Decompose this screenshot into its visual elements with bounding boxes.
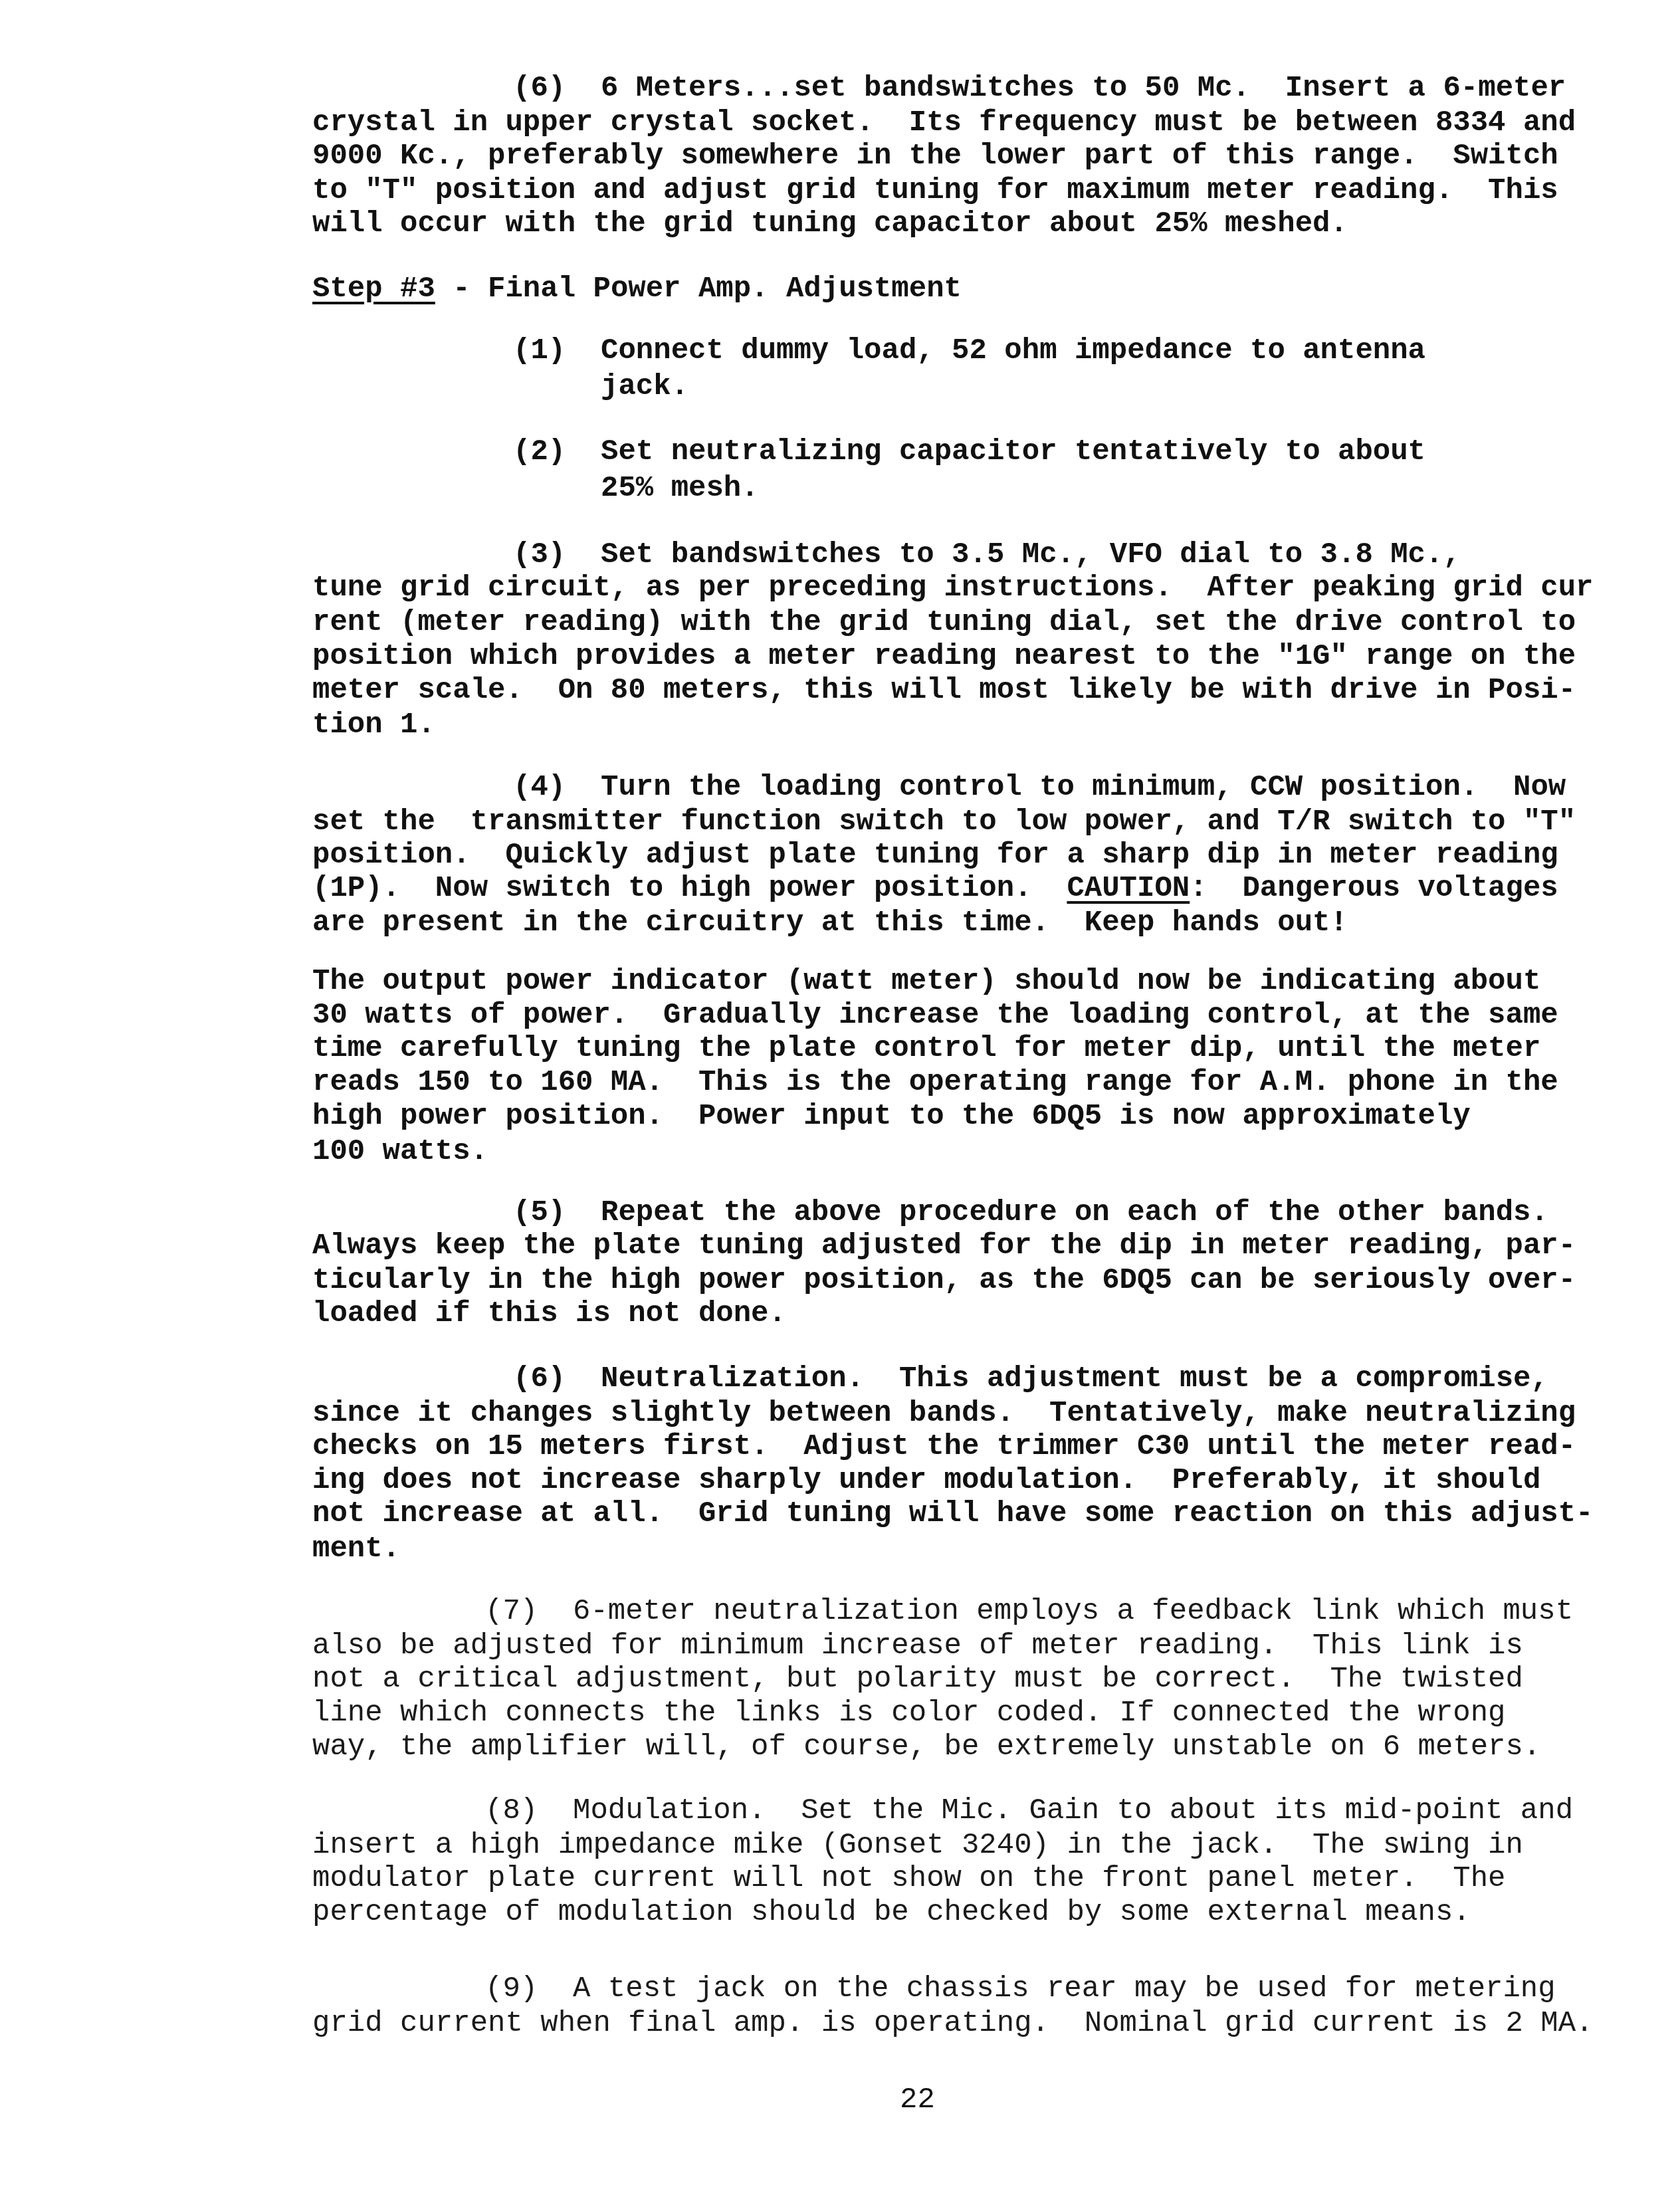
document-page: (6) 6 Meters...set bandswitches to 50 Mc… [0, 0, 1680, 2191]
text-line: The output power indicator (watt meter) … [312, 965, 1540, 998]
step-label: Step #3 [312, 272, 435, 306]
step-title: - Final Power Amp. Adjustment [435, 272, 962, 306]
text-line: (9) A test jack on the chassis rear may … [485, 1972, 1556, 2006]
text-line: high power position. Power input to the … [312, 1100, 1471, 1133]
text-line: (1P). Now switch to high power position.… [312, 872, 1558, 905]
text-line: tune grid circuit, as per preceding inst… [312, 572, 1594, 605]
text-segment: (1P). Now switch to high power position. [312, 872, 1067, 905]
text-line: jack. [513, 370, 688, 403]
text-line: ticularly in the high power position, as… [312, 1264, 1576, 1297]
text-line: loaded if this is not done. [312, 1297, 786, 1330]
text-line: way, the amplifier will, of course, be e… [312, 1730, 1540, 1764]
text-line: 100 watts. [312, 1135, 488, 1168]
text-line: ment. [312, 1532, 400, 1566]
text-line: not increase at all. Grid tuning will ha… [312, 1497, 1594, 1530]
text-line: ing does not increase sharply under modu… [312, 1464, 1540, 1497]
text-line: checks on 15 meters first. Adjust the tr… [312, 1430, 1576, 1463]
text-line: 9000 Kc., preferably somewhere in the lo… [312, 140, 1558, 173]
text-line: set the transmitter function switch to l… [312, 805, 1576, 839]
text-line: position. Quickly adjust plate tuning fo… [312, 839, 1558, 872]
text-segment: : Dangerous voltages [1190, 872, 1558, 905]
step-heading: Step #3 - Final Power Amp. Adjustment [312, 272, 962, 306]
text-line: (2) Set neutralizing capacitor tentative… [513, 435, 1425, 469]
text-line: (4) Turn the loading control to minimum,… [513, 771, 1566, 804]
text-line: line which connects the links is color c… [312, 1697, 1506, 1730]
caution-label: CAUTION [1067, 872, 1190, 905]
text-line: (8) Modulation. Set the Mic. Gain to abo… [485, 1794, 1573, 1827]
text-line: not a critical adjustment, but polarity … [312, 1663, 1523, 1696]
text-line: are present in the circuitry at this tim… [312, 906, 1348, 940]
text-line: (1) Connect dummy load, 52 ohm impedance… [513, 334, 1425, 367]
text-line: (3) Set bandswitches to 3.5 Mc., VFO dia… [513, 538, 1461, 572]
text-line: modulator plate current will not show on… [312, 1862, 1506, 1895]
text-line: 25% mesh. [513, 472, 759, 505]
text-line: reads 150 to 160 MA. This is the operati… [312, 1066, 1558, 1099]
text-line: meter scale. On 80 meters, this will mos… [312, 674, 1576, 707]
text-line: also be adjusted for minimum increase of… [312, 1629, 1523, 1663]
text-line: tion 1. [312, 708, 435, 742]
text-line: (6) Neutralization. This adjustment must… [513, 1362, 1548, 1396]
text-line: (6) 6 Meters...set bandswitches to 50 Mc… [513, 72, 1566, 105]
text-line: Always keep the plate tuning adjusted fo… [312, 1229, 1576, 1263]
text-line: grid current when final amp. is operatin… [312, 2007, 1594, 2040]
text-line: since it changes slightly between bands.… [312, 1397, 1576, 1430]
text-line: position which provides a meter reading … [312, 640, 1576, 673]
text-line: (5) Repeat the above procedure on each o… [513, 1196, 1548, 1229]
text-line: 30 watts of power. Gradually increase th… [312, 999, 1558, 1032]
text-line: time carefully tuning the plate control … [312, 1032, 1540, 1065]
page-number: 22 [900, 2083, 935, 2117]
text-line: percentage of modulation should be check… [312, 1896, 1471, 1929]
text-line: to "T" position and adjust grid tuning f… [312, 174, 1558, 207]
text-line: crystal in upper crystal socket. Its fre… [312, 106, 1576, 140]
text-line: insert a high impedance mike (Gonset 324… [312, 1829, 1523, 1862]
text-line: will occur with the grid tuning capacito… [312, 207, 1348, 241]
text-line: (7) 6-meter neutralization employs a fee… [485, 1595, 1573, 1628]
text-line: rent (meter reading) with the grid tunin… [312, 606, 1576, 639]
